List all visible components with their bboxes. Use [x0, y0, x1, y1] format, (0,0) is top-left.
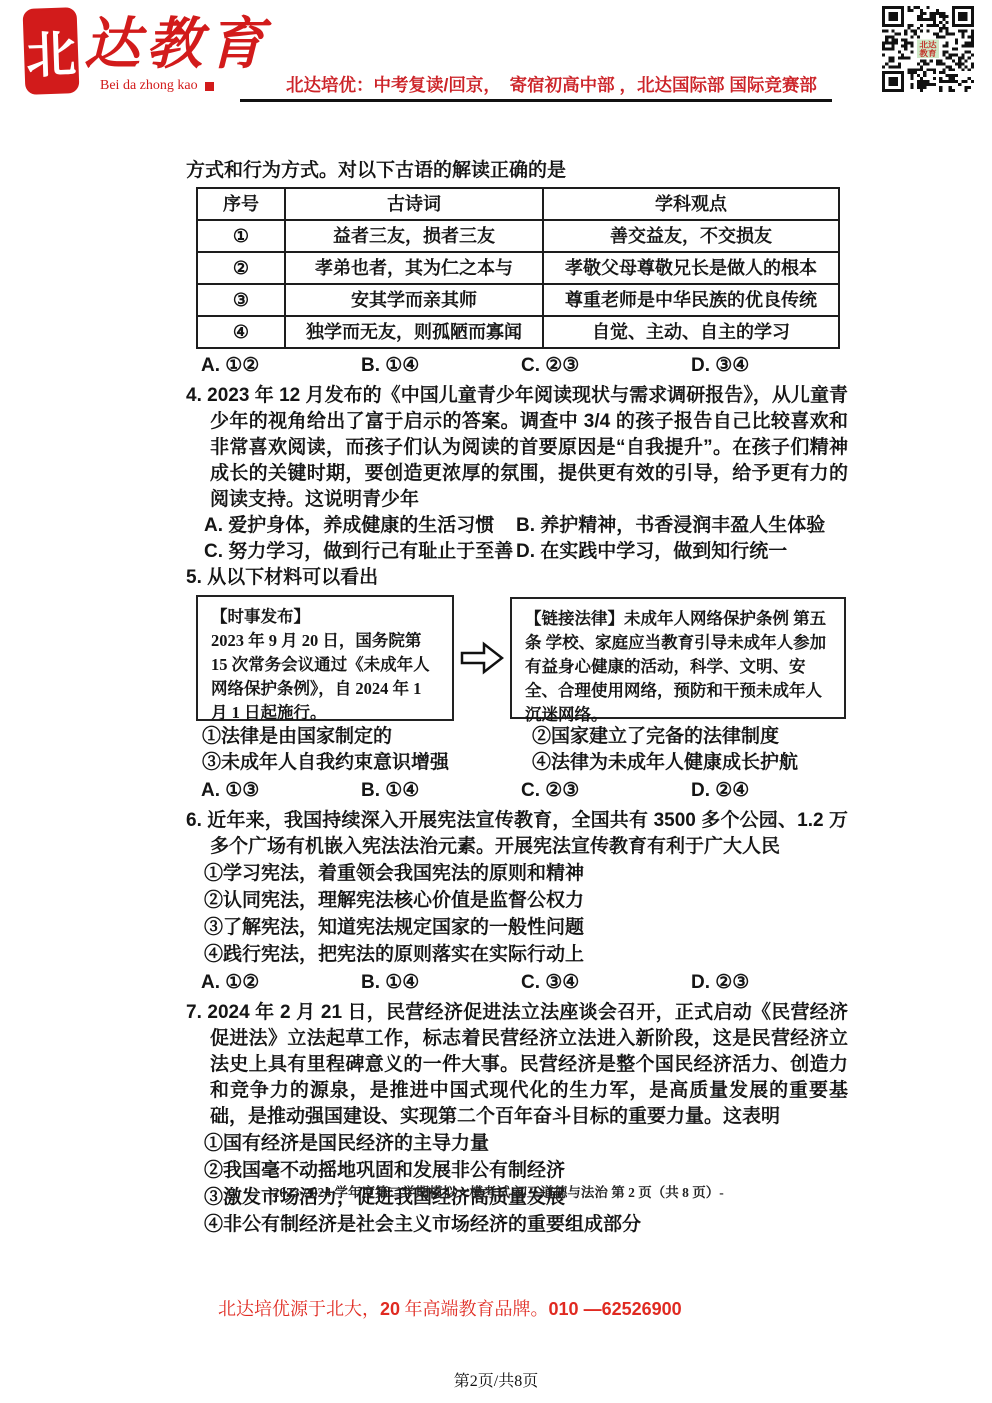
table-cell: 安其学而亲其师: [285, 284, 543, 316]
question7-text: 7. 2024 年 2 月 21 日，民营经济促进法立法座谈会召开，正式启动《民…: [186, 1000, 848, 1130]
option-c: C. ②③: [521, 353, 691, 379]
item-2: ②认同宪法，理解宪法核心价值是监督公权力: [186, 887, 848, 914]
item-1: ①国有经济是国民经济的主导力量: [186, 1130, 848, 1157]
item-2: ②我国毫不动摇地巩固和发展非公有制经济: [186, 1157, 848, 1184]
question4-options-row2: C. 努力学习，做到行己有耻止于至善 D. 在实践中学习，做到知行统一: [186, 539, 848, 565]
item-3: ③未成年人自我约束意识增强: [202, 750, 532, 776]
question4-text: 4. 2023 年 12 月发布的《中国儿童青少年阅读现状与需求调研报告》，从儿…: [186, 383, 848, 513]
header-tagline: 北达培优：中考复读/回京， 寄宿初高中部 ，北达国际部 国际竞赛部: [286, 72, 817, 97]
option-b: B. 养护精神，书香浸润丰盈人生体验: [516, 513, 825, 539]
option-c: C. ②③: [521, 778, 691, 804]
slogan-part1: 北达培优源于北大，: [218, 1299, 380, 1319]
question5-options: A. ①③ B. ①④ C. ②③ D. ②④: [186, 778, 848, 804]
slogan-part3: 年高端教育品牌。: [400, 1299, 549, 1319]
seal-logo-icon: 北: [25, 9, 78, 93]
page: { "colors": { "brand_red": "#d21b1b", "t…: [0, 0, 992, 1403]
law-box-title: 【链接法律】未成年人网络保护条例: [525, 609, 789, 628]
table-header-row: 序号 古诗词 学科观点: [197, 188, 839, 220]
table-row: ② 孝弟也者，其为仁之本与 孝敬父母尊敬兄长是做人的根本: [197, 252, 839, 284]
footer-slogan: 北达培优源于北大，20 年高端教育品牌。010 —62526900: [218, 1295, 682, 1321]
question5-items-row1: ①法律是由国家制定的 ②国家建立了完备的法律制度: [186, 724, 848, 750]
table-cell: 孝弟也者，其为仁之本与: [285, 252, 543, 284]
table-cell: ①: [197, 220, 285, 252]
question5-stem: 5. 从以下材料可以看出: [186, 565, 848, 591]
table-row: ① 益者三友，损者三友 善交益友，不交损友: [197, 220, 839, 252]
table-cell: ④: [197, 316, 285, 348]
slogan-phone: 010 —62526900: [549, 1299, 682, 1319]
question6-text: 6. 近年来，我国持续深入开展宪法宣传教育，全国共有 3500 多个公园、1.2…: [186, 808, 848, 860]
table-cell: ②: [197, 252, 285, 284]
qr-label-line2: 教育: [918, 48, 937, 58]
table-cell: 善交益友，不交损友: [543, 220, 839, 252]
item-2: ②国家建立了完备的法律制度: [532, 724, 779, 750]
qr-code-icon: 北达 教育: [882, 6, 974, 92]
item-1: ①学习宪法，着重领会我国宪法的原则和精神: [186, 860, 848, 887]
option-c: C. ③④: [521, 970, 691, 996]
option-b: B. ①④: [361, 353, 521, 379]
question3-intro: 方式和行为方式。对以下古语的解读正确的是: [186, 158, 848, 184]
option-b: B. ①④: [361, 970, 521, 996]
header-cell-gushici: 古诗词: [285, 188, 543, 220]
exam-page-scan: 方式和行为方式。对以下古语的解读正确的是 序号 古诗词 学科观点 ① 益者三友，…: [186, 158, 848, 1238]
table-cell: 尊重老师是中华民族的优良传统: [543, 284, 839, 316]
question6-options: A. ①② B. ①④ C. ③④ D. ②③: [186, 970, 848, 996]
news-box-body: 2023 年 9 月 20 日，国务院第 15 次常务会议通过《未成年人网络保护…: [211, 629, 440, 725]
option-a: A. ①②: [201, 970, 361, 996]
table-row: ④ 独学而无友，则孤陋而寡闻 自觉、主动、自主的学习: [197, 316, 839, 348]
red-square-icon: [205, 82, 214, 91]
table-row: ③ 安其学而亲其师 尊重老师是中华民族的优良传统: [197, 284, 839, 316]
law-link-box: 【链接法律】未成年人网络保护条例 第五条 学校、家庭应当教育引导未成年人参加有益…: [510, 597, 846, 719]
option-d: D. 在实践中学习，做到知行统一: [516, 539, 787, 565]
question6-items: ①学习宪法，着重领会我国宪法的原则和精神 ②认同宪法，理解宪法核心价值是监督公权…: [186, 860, 848, 968]
arrow-right-icon: [454, 638, 510, 678]
brand-subtext: Bei da zhong kao: [100, 78, 214, 94]
table-cell: 孝敬父母尊敬兄长是做人的根本: [543, 252, 839, 284]
table-cell: 独学而无友，则孤陋而寡闻: [285, 316, 543, 348]
item-4: ④践行宪法，把宪法的原则落实在实际行动上: [186, 941, 848, 968]
option-d: D. ②④: [691, 778, 749, 804]
header-divider: [240, 99, 832, 102]
item-3: ③了解宪法，知道宪法规定国家的一般性问题: [186, 914, 848, 941]
item-4: ④法律为未成年人健康成长护航: [532, 750, 798, 776]
header-cell-xueke: 学科观点: [543, 188, 839, 220]
exam-page-footer: -2023-2024 学年度第二学期模拟一模考试 初三道德与法治 第 2 页（共…: [0, 1181, 992, 1201]
slogan-years: 20: [380, 1299, 400, 1319]
option-a: A. ①③: [201, 778, 361, 804]
item-4: ④非公有制经济是社会主义市场经济的重要组成部分: [186, 1211, 848, 1238]
question5-items-row2: ③未成年人自我约束意识增强 ④法律为未成年人健康成长护航: [186, 750, 848, 776]
header-cell-xuhao: 序号: [197, 188, 285, 220]
question3-options: A. ①② B. ①④ C. ②③ D. ③④: [186, 353, 848, 379]
option-a: A. 爱护身体，养成健康的生活习惯: [204, 513, 516, 539]
question4-options-row1: A. 爱护身体，养成健康的生活习惯 B. 养护精神，书香浸润丰盈人生体验: [186, 513, 848, 539]
news-release-box: 【时事发布】 2023 年 9 月 20 日，国务院第 15 次常务会议通过《未…: [196, 595, 454, 721]
option-a: A. ①②: [201, 353, 361, 379]
option-c: C. 努力学习，做到行己有耻止于至善: [204, 539, 516, 565]
brand-text: 达教育: [84, 10, 270, 80]
seal-character: 北: [25, 14, 77, 88]
page-number: 第2页/共8页: [0, 1368, 992, 1391]
news-box-title: 【时事发布】: [211, 605, 440, 629]
table-cell: ③: [197, 284, 285, 316]
table-cell: 益者三友，损者三友: [285, 220, 543, 252]
option-d: D. ②③: [691, 970, 749, 996]
option-b: B. ①④: [361, 778, 521, 804]
gushi-table: 序号 古诗词 学科观点 ① 益者三友，损者三友 善交益友，不交损友 ② 孝弟也者…: [196, 187, 840, 349]
table-cell: 自觉、主动、自主的学习: [543, 316, 839, 348]
brand-logo: 北 达教育 Bei da zhong kao: [26, 10, 266, 92]
option-d: D. ③④: [691, 353, 749, 379]
brand-subtext-label: Bei da zhong kao: [100, 78, 198, 94]
question5-material: 【时事发布】 2023 年 9 月 20 日，国务院第 15 次常务会议通过《未…: [196, 595, 848, 721]
item-1: ①法律是由国家制定的: [202, 724, 532, 750]
